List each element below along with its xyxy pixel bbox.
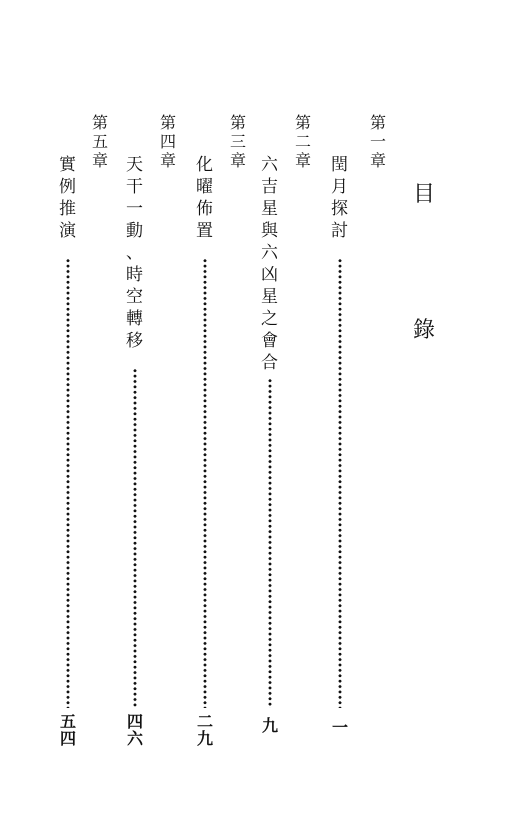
dot-leader xyxy=(66,258,70,708)
page-title-2: 錄 xyxy=(413,320,435,342)
chapter-2-entry[interactable]: 六 吉 星 與 六 凶 星 之 會 合 xyxy=(261,157,278,377)
dot-leader xyxy=(338,258,342,708)
title-char: 錄 xyxy=(413,320,435,342)
chapter-1-label: 第 一 章 xyxy=(370,115,386,172)
chapter-3-page-number: 二 九 xyxy=(197,714,213,748)
chapter-2-page-number: 九 xyxy=(262,718,278,735)
title-char: 目 xyxy=(413,184,435,206)
chapter-4-label: 第 四 章 xyxy=(160,115,176,172)
chapter-1-page-number: 一 xyxy=(332,720,348,737)
chapter-1-entry[interactable]: 閏 月 探 討 xyxy=(331,157,348,245)
dot-leader xyxy=(203,258,207,708)
chapter-4-page-number: 四 六 xyxy=(127,714,143,748)
chapter-3-label: 第 三 章 xyxy=(230,115,246,172)
chapter-5-page-number: 五 四 xyxy=(60,714,76,748)
dot-leader xyxy=(268,378,272,708)
chapter-5-entry[interactable]: 實 例 推 演 xyxy=(59,157,76,245)
chapter-3-entry[interactable]: 化 曜 佈 置 xyxy=(196,157,213,245)
page-title: 目 xyxy=(413,184,435,206)
chapter-5-label: 第 五 章 xyxy=(92,115,108,172)
dot-leader xyxy=(133,368,137,708)
chapter-2-label: 第 二 章 xyxy=(295,115,311,172)
chapter-4-entry[interactable]: 天 干 一 動 、 時 空 轉 移 xyxy=(126,157,143,355)
